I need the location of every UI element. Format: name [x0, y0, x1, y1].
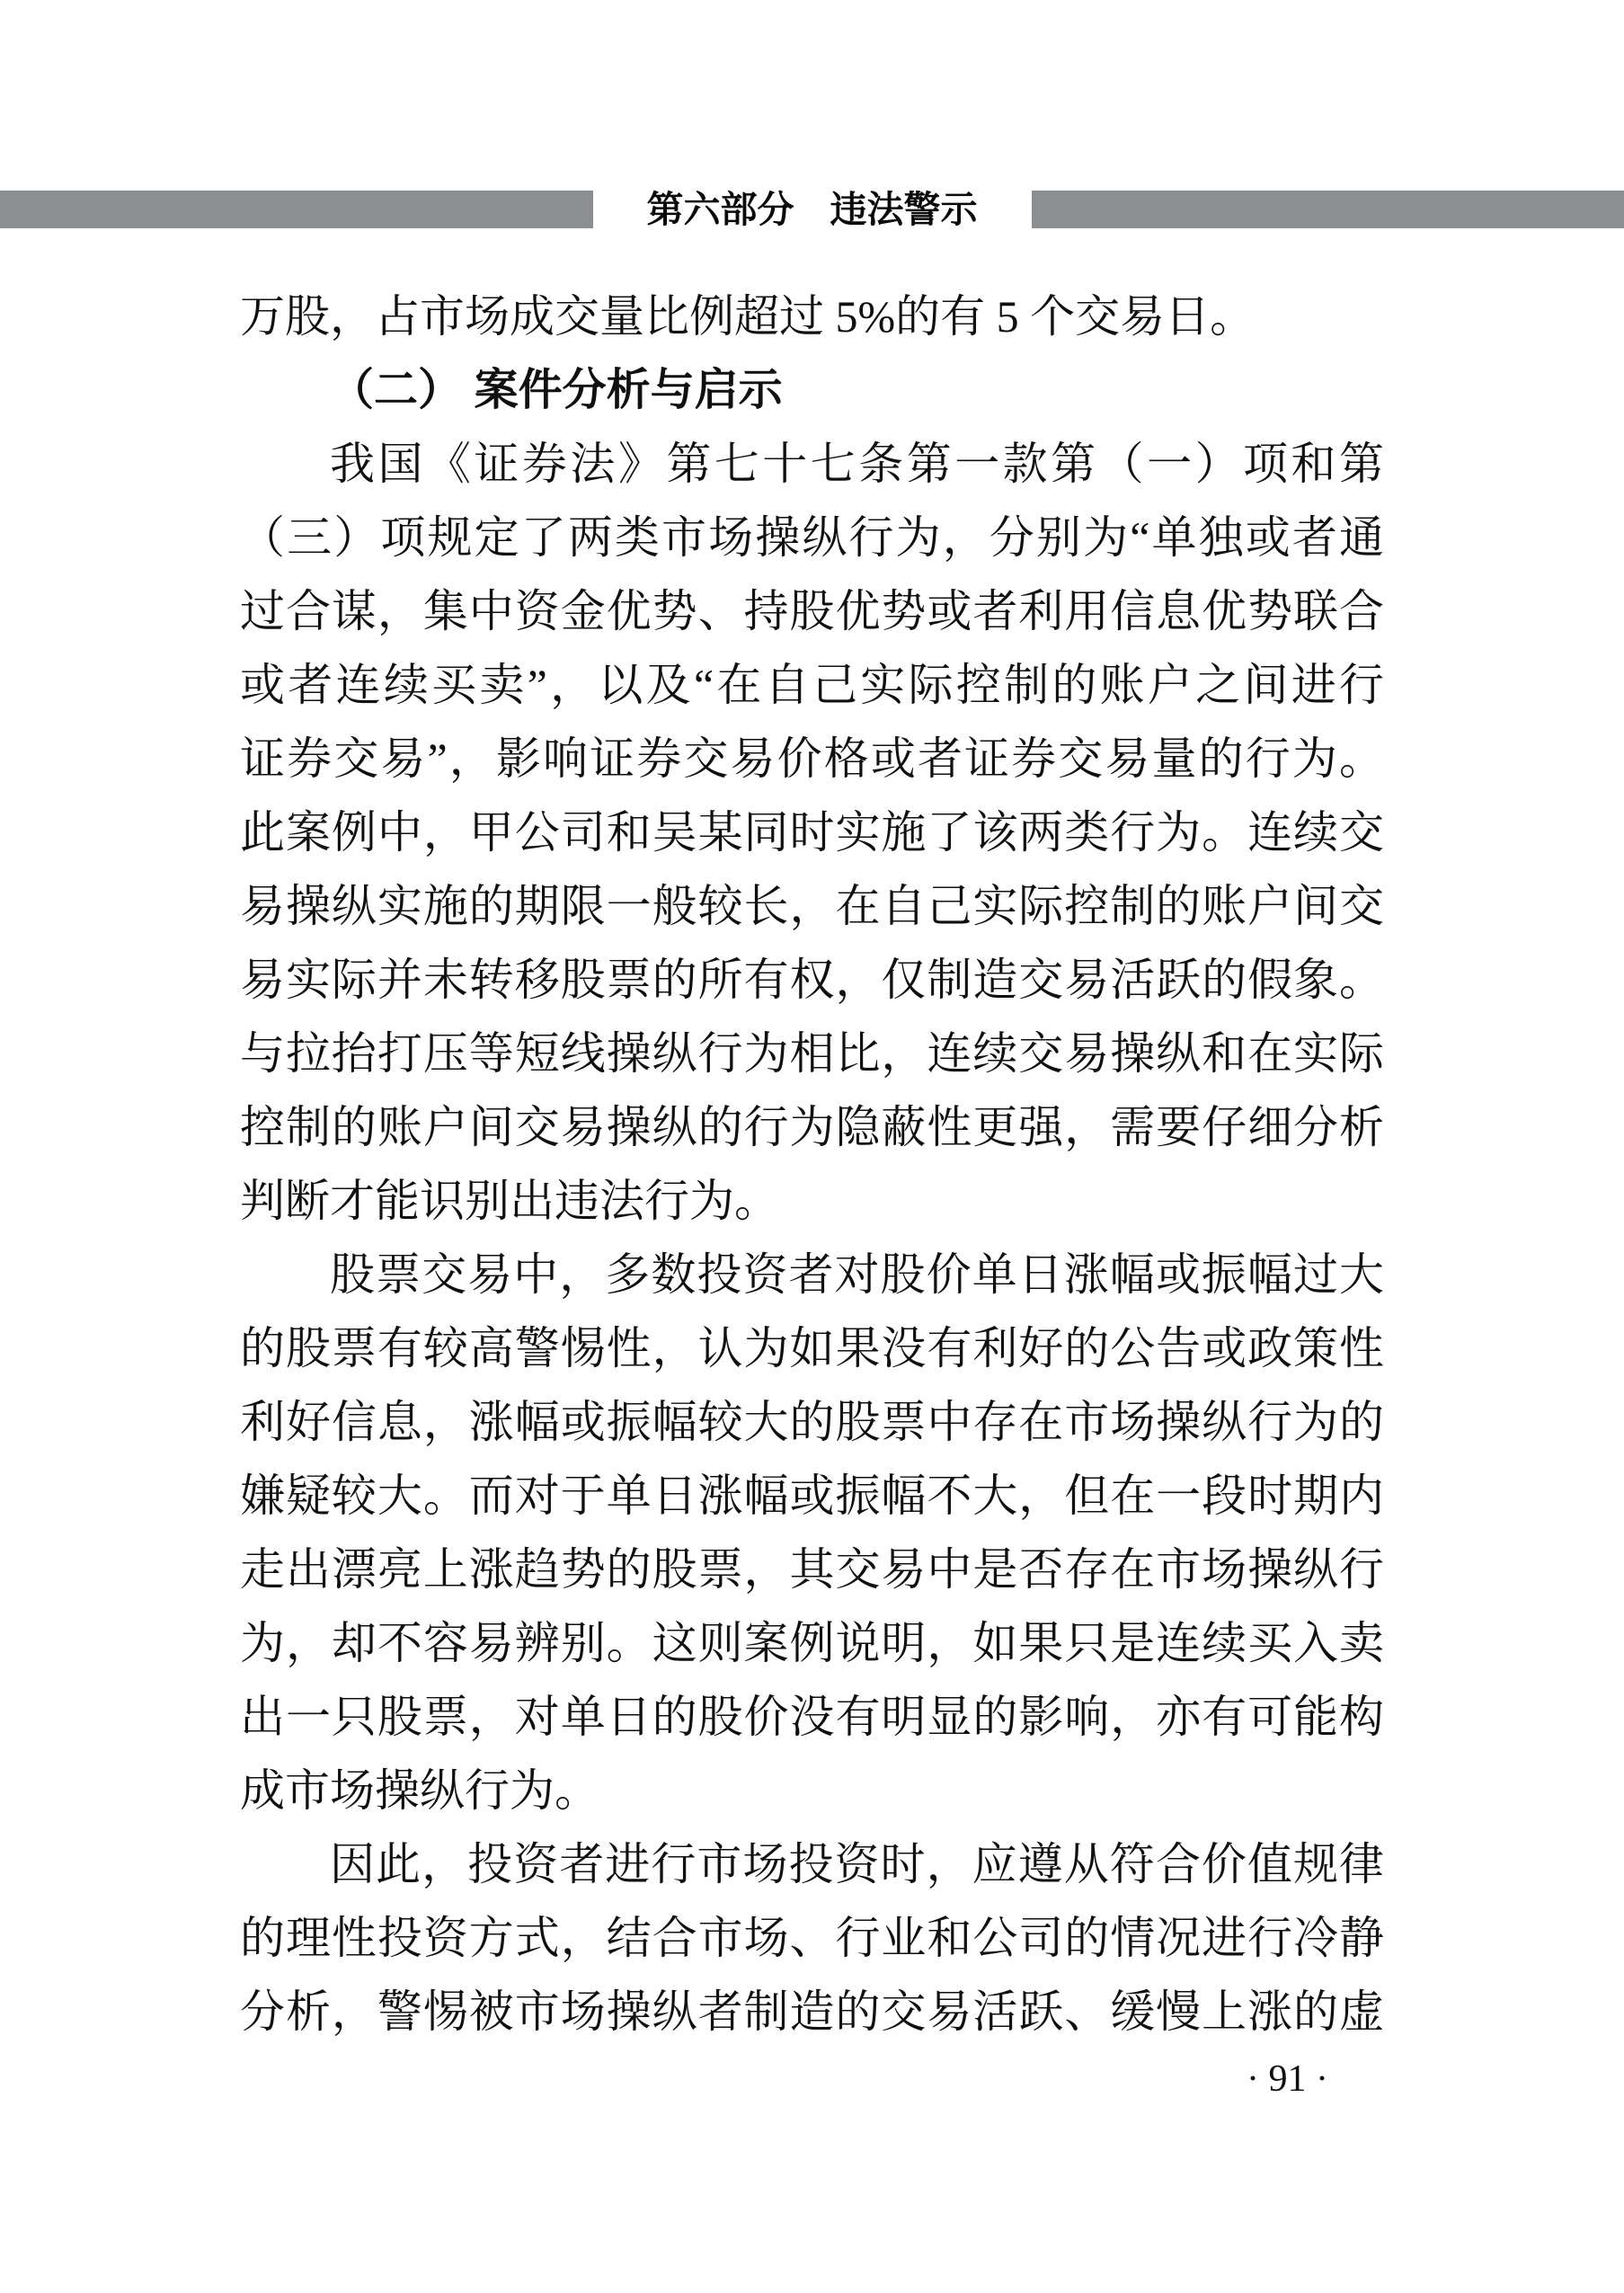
text-line: 为，却不容易辨别。这则案例说明，如果只是连续买入卖 [240, 1606, 1384, 1680]
text-line: 此案例中，甲公司和吴某同时实施了该两类行为。连续交 [240, 795, 1384, 869]
text-line: 证券交易”，影响证券交易价格或者证券交易量的行为。 [240, 722, 1384, 795]
text-line: 万股，占市场成交量比例超过 5%的有 5 个交易日。 [240, 280, 1384, 353]
text-line: 或者连续买卖”，以及“在自己实际控制的账户之间进行 [240, 648, 1384, 722]
text-line: 易实际并未转移股票的所有权，仅制造交易活跃的假象。 [240, 943, 1384, 1017]
part-title-label: 违法警示 [830, 191, 978, 228]
text-line: 嫌疑较大。而对于单日涨幅或振幅不大，但在一段时期内 [240, 1459, 1384, 1533]
text-line: 与拉抬打压等短线操纵行为相比，连续交易操纵和在实际 [240, 1017, 1384, 1090]
text-line: 易操纵实施的期限一般较长，在自己实际控制的账户间交 [240, 869, 1384, 943]
text-line: 走出漂亮上涨趋势的股票，其交易中是否存在市场操纵行 [240, 1533, 1384, 1606]
page-header: 第六部分 违法警示 [0, 191, 1624, 228]
body-text: 万股，占市场成交量比例超过 5%的有 5 个交易日。 （二） 案件分析与启示 我… [240, 280, 1384, 2049]
book-page: 第六部分 违法警示 万股，占市场成交量比例超过 5%的有 5 个交易日。 （二）… [0, 0, 1624, 2293]
text-line: 判断才能识别出违法行为。 [240, 1164, 1384, 1238]
page-number: · 91 · [240, 2054, 1328, 2104]
header-title: 第六部分 违法警示 [593, 191, 1032, 228]
text-line: 的股票有较高警惕性，认为如果没有利好的公告或政策性 [240, 1311, 1384, 1385]
text-line: 利好信息，涨幅或振幅较大的股票中存在市场操纵行为的 [240, 1385, 1384, 1459]
text-line: 股票交易中，多数投资者对股价单日涨幅或振幅过大 [240, 1238, 1384, 1311]
header-bar-left [0, 191, 593, 228]
text-line: 出一只股票，对单日的股价没有明显的影响，亦有可能构 [240, 1680, 1384, 1754]
text-line: 控制的账户间交易操纵的行为隐蔽性更强，需要仔细分析 [240, 1090, 1384, 1164]
text-line: 我国《证券法》第七十七条第一款第（一）项和第 [240, 427, 1384, 501]
section-heading: （二） 案件分析与启示 [240, 353, 1384, 427]
text-line: 成市场操纵行为。 [240, 1754, 1384, 1827]
text-line: 的理性投资方式，结合市场、行业和公司的情况进行冷静 [240, 1901, 1384, 1975]
text-line: 分析，警惕被市场操纵者制造的交易活跃、缓慢上涨的虚 [240, 1975, 1384, 2049]
header-bar-right [1032, 191, 1624, 228]
text-line: （三）项规定了两类市场操纵行为，分别为“单独或者通 [240, 501, 1384, 574]
text-line: 因此，投资者进行市场投资时，应遵从符合价值规律 [240, 1827, 1384, 1901]
part-number-label: 第六部分 [647, 191, 794, 228]
text-line: 过合谋，集中资金优势、持股优势或者利用信息优势联合 [240, 574, 1384, 648]
